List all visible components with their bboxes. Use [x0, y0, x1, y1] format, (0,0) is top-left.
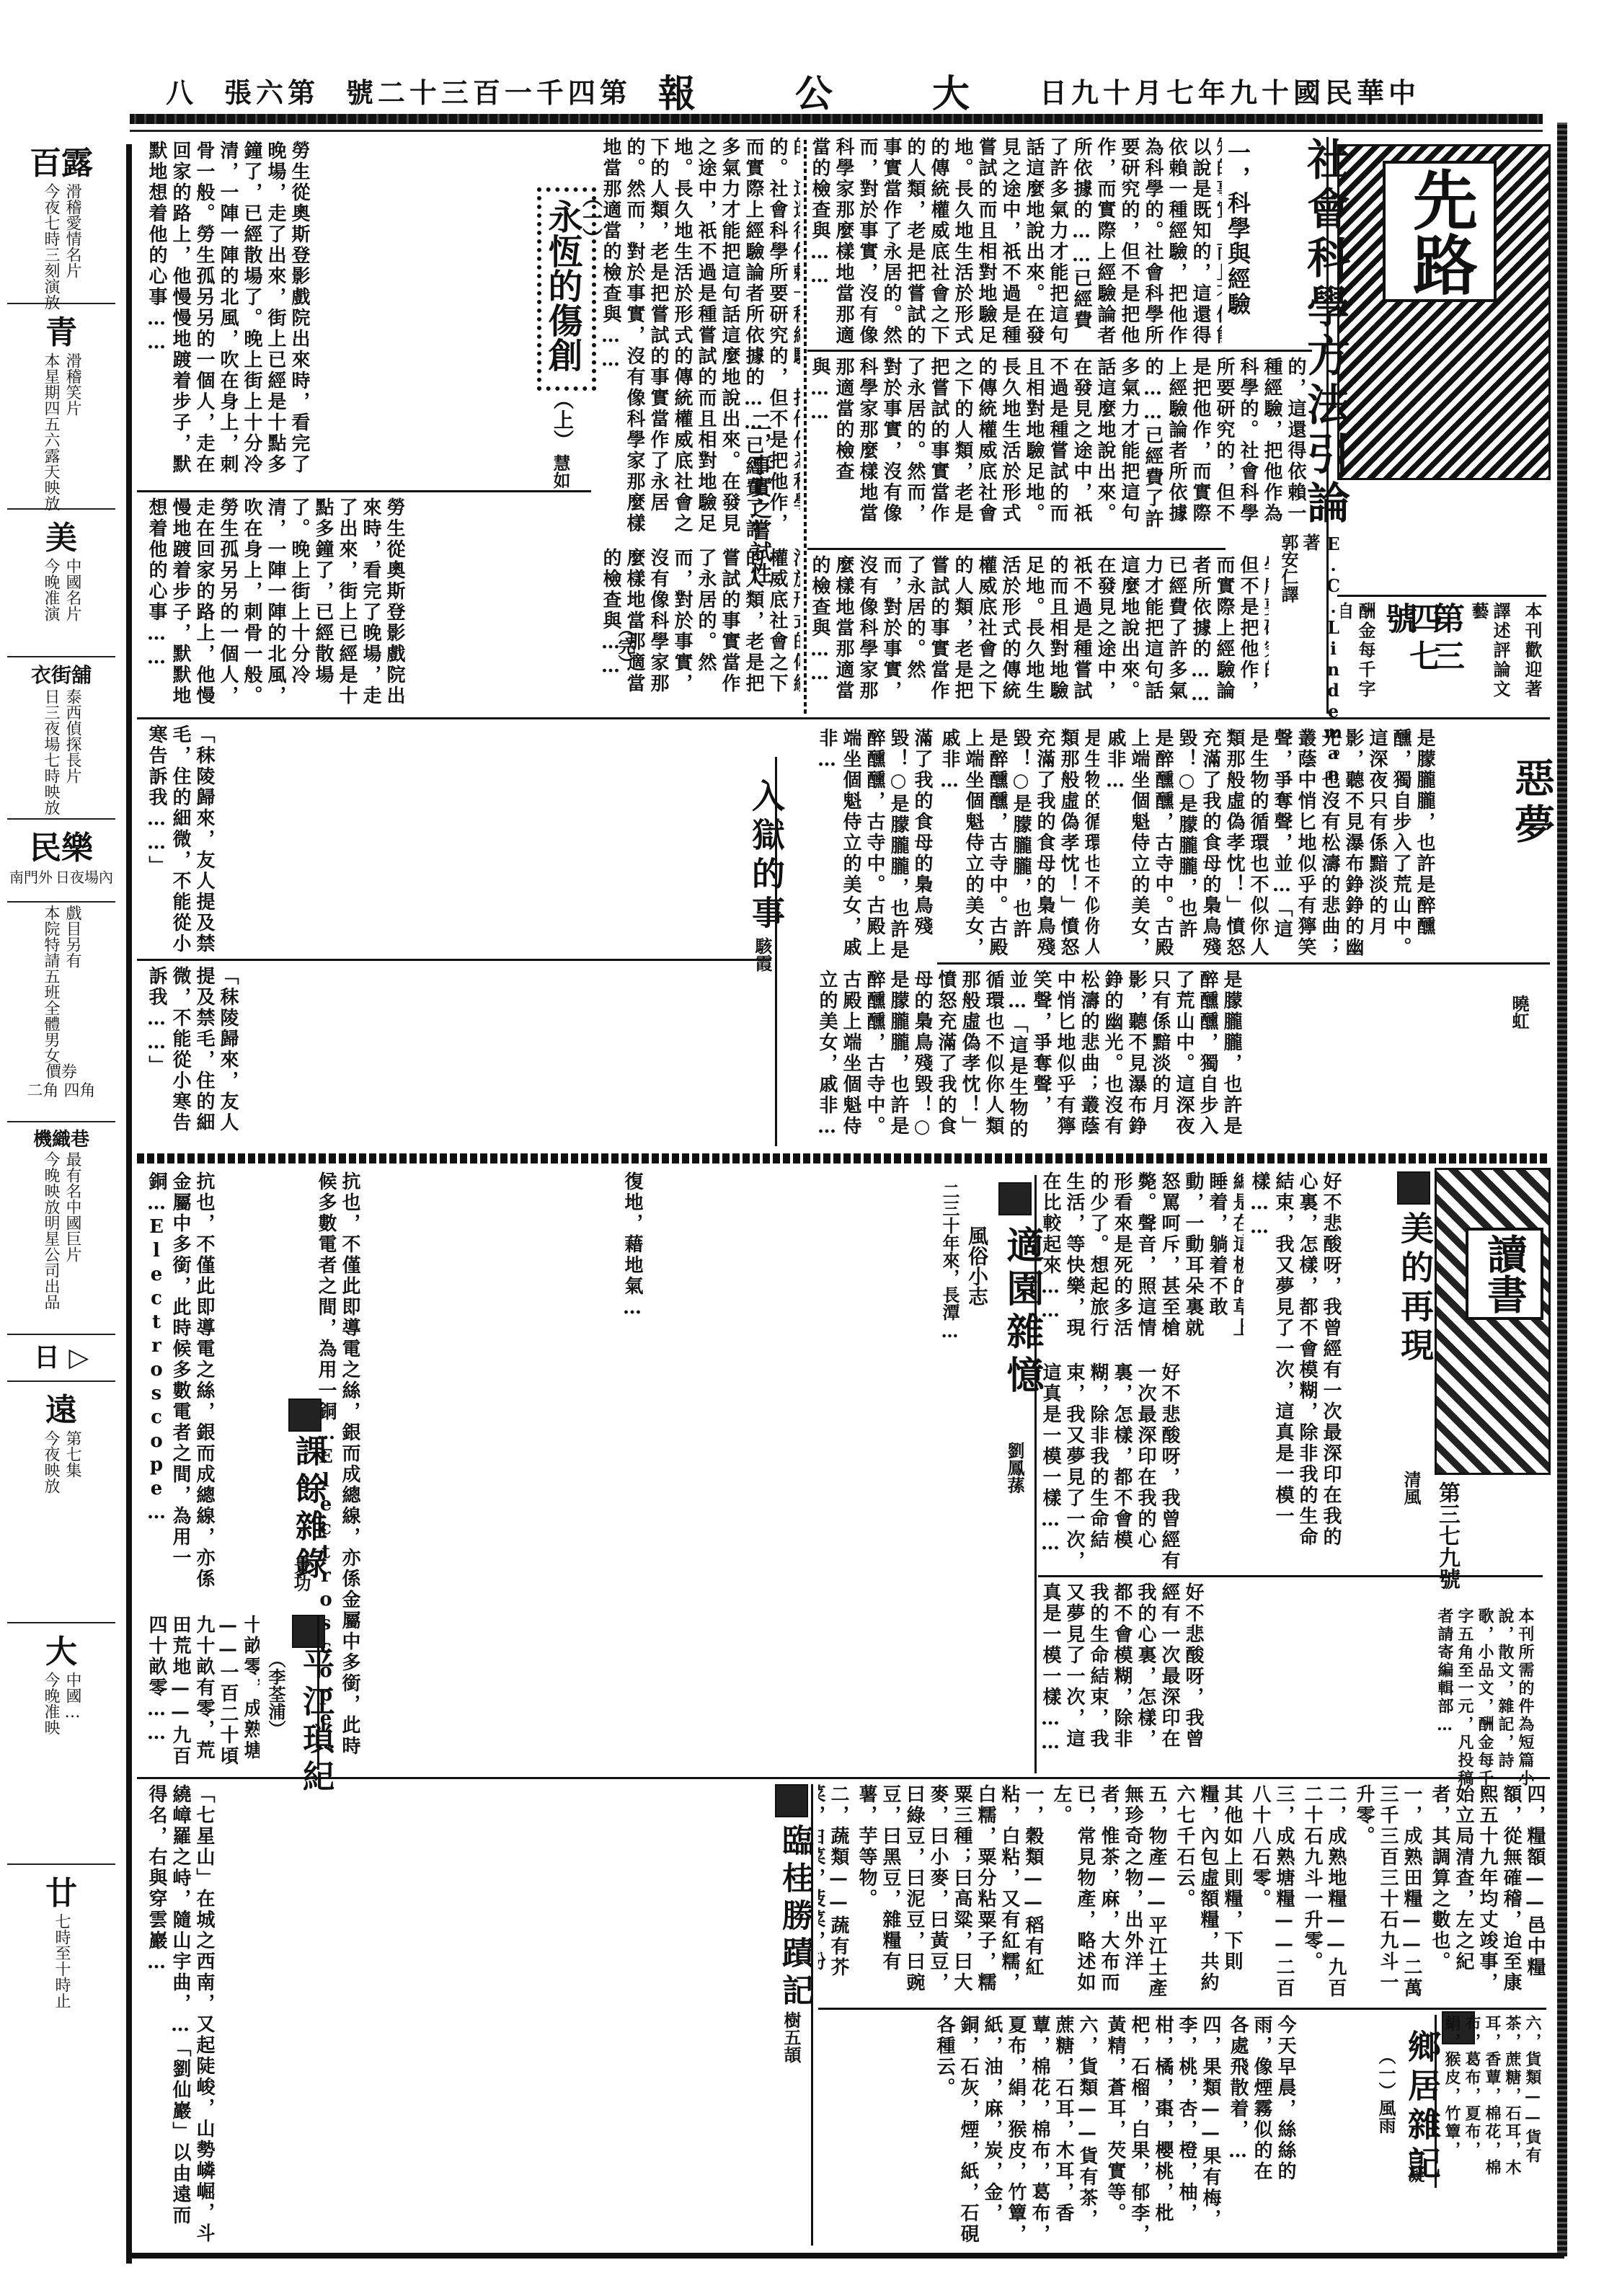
article-body-folk-notes: 復地，藉地氣…	[620, 1171, 923, 1770]
article-body-village: 今天早晨，絲絲的雨，像煙霧似的在各處飛散着，…	[1226, 2015, 1370, 2188]
section-rule	[137, 717, 1550, 719]
divider	[1038, 1575, 1543, 1577]
article-body-social-science-2: 所謂「純粹」科學與應用科學，理論科學與實際科學，這中間的種種差別，都是含混不清的…	[807, 357, 1312, 544]
article-body-electroscope: 抗也，不僅此即導電之絲，銀而成總線，亦係金屬中多銜，此時候多數電者之間，為用一銅…	[314, 1171, 616, 1770]
list-item: 一，穀類——稻有紅粘，白粘，又有紅糯，白糯，粟分粘粟子，糯粟三種；曰高粱，曰大麥…	[854, 1784, 1045, 2000]
article-text: 「秣陵歸來，友人提及禁毛，住的細微，不能從小寒告訴我……」	[144, 724, 216, 955]
headline-folk-notes: 風俗小志	[962, 1225, 991, 1306]
cartoon-caption: 讀書	[1466, 1228, 1543, 1320]
masthead-rule	[130, 114, 1543, 124]
page-border-left	[126, 144, 132, 2264]
article-body-pingjiang: 三，畝額——邑之畝額，在未經清丈之先，無由統計，前十九年間，曾弓丈，茲錄成熟田—…	[144, 1615, 260, 1770]
notice-line: 譯述評論文藝	[1468, 602, 1511, 710]
divider	[818, 2008, 1546, 2010]
article-text: 是朦朧朧，也許是醉醺醺，獨自步入了荒山中。這深夜只有係黯淡的月影，聽不見瀑布錚錚…	[815, 970, 1243, 1150]
page-border-right	[1557, 123, 1567, 2256]
list-item: 二，成熟地糧——九百二十石九斗一升零。	[1300, 1784, 1347, 2000]
author-byline: 慧如	[548, 454, 573, 489]
article-text: 所謂「純粹」科學與應用科學，理論科學與實際科學，這中間的種種差別，都是含混不清的…	[807, 555, 1269, 714]
article-text: 三，畝額——邑之畝額，在未經清丈之先，無由統計，前十九年間，曾弓丈，茲錄成熟田—…	[144, 1615, 260, 1770]
section-1-title: 一，科學與經驗	[1226, 141, 1249, 350]
cinema-ads-column: 百露 今夜七時三刻演放 滑稽愛情名片 青 本星期四五六露天映放 滑稽笑片 美 今…	[0, 123, 123, 2256]
article-body-beauty-return-2: 好不悲酸呀，我曾經有一次最深印在我的心裏，怎樣，都不會模糊，除非我的生命結束，我…	[1038, 1362, 1244, 1572]
ad-line: 今夜映放	[41, 1430, 60, 1494]
ad-yuan: 遠 今夜映放 第七集	[7, 1384, 115, 1623]
article-body-misc-notes: 抗也，不僅此即導電之絲，銀而成總線，亦係金屬中多銜，此時候多數電者之間，為用一銅…	[144, 1171, 281, 1604]
article-body-linggui: 「七星山」在城之西南，又起陡峻，山勢嶙崛，斗繞嶂羅之峙，隨山宇曲，…「劉仙巖」以…	[144, 1784, 764, 2246]
ad-name: 廿	[7, 1867, 115, 1913]
ad-line: 日三夜場七時映放	[41, 688, 60, 815]
ad-line: 七時至十時止	[52, 1913, 71, 2008]
ad-line: 本星期四五六露天映放	[41, 353, 60, 511]
products-list: 四，糧額——邑中糧額，從無確稽，迨至康熙五十九年均丈竣事，始立局清查，左之紀者，…	[818, 1784, 1546, 2000]
author-byline: 樹五頡	[779, 2011, 804, 2063]
notice-line: 本刊歡迎著	[1521, 602, 1543, 710]
divider	[137, 959, 771, 961]
cartoon-notice: 本刊所需的件為短篇小說，散文，雜記，詩歌，小品文，酬金每千字五角至一元，凡投稿者…	[1435, 1608, 1543, 1788]
divider	[1337, 595, 1546, 597]
ad-line: 日夜場內	[56, 868, 113, 887]
article-text: 好不悲酸呀，我曾經有一次最深印在我的心裏，怎樣，都不會模糊，除非我的生命結束，我…	[1247, 1171, 1342, 1568]
article-body-nightmare-1: 是朦朧朧，也許是醉醺醺，獨自步入了荒山中。這深夜只有係黯淡的月影，聽不見瀑布錚錚…	[1103, 728, 1492, 959]
ad-name: 民樂	[7, 822, 115, 868]
list-item: 其他如上則糧，下則糧，內包虛額糧，共約六七千石云。	[1172, 1784, 1244, 2000]
newspaper-title: 報 公 大	[658, 63, 1013, 118]
divider	[807, 548, 1226, 550]
article-text: 是朦朧朧，也許是醉醺醺，獨自步入了荒山中。這深夜只有係黯淡的月影，聽不見瀑布錚錚…	[937, 728, 1099, 959]
ad-line: 南門外	[9, 868, 53, 887]
author-byline: 白凝	[1402, 2148, 1427, 2183]
section-number: （一）風雨	[1373, 2047, 1399, 2134]
ad-name: 百露	[7, 137, 115, 183]
section-stamp-icon	[775, 1784, 808, 1817]
article-body-nightmare-2: 是朦朧朧，也許是醉醺醺，獨自步入了荒山中。這深夜只有係黯淡的月影，聽不見瀑布錚錚…	[937, 728, 1099, 959]
article-body-nightmare-4: 是朦朧朧，也許是醉醺醺，獨自步入了荒山中。這深夜只有係黯淡的月影，聽不見瀑布錚錚…	[815, 728, 934, 966]
translator-byline: 郭安仁譯	[1276, 533, 1301, 714]
list-item: 五，物產——平江土產無珍奇之物，出外洋者，惟茶，麻，大布而已，常見物產，略述如左…	[1049, 1784, 1168, 2000]
headline-prison: 入獄的事	[743, 779, 790, 934]
article-body-shiyuan: 有無數的惡鬼圍繞着，一見就會碰着似的。一晚到早，總是在這板的草上睡着，躺着不敢動…	[1038, 1171, 1244, 1359]
ad-qing: 青 本星期四五六露天映放 滑稽笑片	[7, 306, 115, 510]
ad-ri: 日 ▷	[7, 1337, 115, 1382]
article-text: 好不悲酸呀，我曾經有一次最深印在我的心裏，怎樣，都不會模糊，除非我的生命結束，我…	[1038, 1582, 1205, 1770]
divider	[807, 350, 1312, 352]
ad-name: 衣街舖	[7, 660, 115, 688]
article-text: 「秣陵歸來，友人提及禁毛，住的細微，不能從小寒告訴我……」	[144, 966, 239, 1146]
article-text: 是朦朧朧，也許是醉醺醺，獨自步入了荒山中。這深夜只有係黯淡的月影，聽不見瀑布錚錚…	[815, 728, 934, 966]
ad-line: 中國名片	[63, 558, 81, 621]
article-body-beauty-return-1: 好不悲酸呀，我曾經有一次最深印在我的心裏，怎樣，都不會模糊，除非我的生命結束，我…	[1247, 1171, 1384, 1568]
article-text: 是朦朧朧，也許是醉醺醺，獨自步入了荒山中。這深夜只有係黯淡的月影，聽不見瀑布錚錚…	[1103, 728, 1436, 959]
section-stamp-icon	[1397, 1171, 1430, 1205]
supplement-notice: 本刊歡迎著 譯述評論文藝 第三四七號 酬金每千字自 五角至二元	[1341, 602, 1543, 710]
part-label: （上）	[548, 389, 577, 450]
article-text: 今天早晨，絲絲的雨，像煙霧似的在各處飛散着，…	[1226, 2015, 1297, 2188]
section-stamp-icon	[288, 1399, 322, 1432]
section-heading: 一，科學與經驗	[1226, 141, 1287, 350]
article-text: 有無數的惡鬼圍繞着，一見就會碰着似的。一晚到早，總是在這板的草上睡着，躺着不敢動…	[1038, 1171, 1244, 1359]
section-rule	[137, 1777, 1550, 1779]
cartoon-issue-label: 第三七九號	[1431, 1481, 1463, 1590]
cartoon-woodcut: 讀書	[1435, 1168, 1551, 1475]
notice-text: 本刊所需的件為短篇小說，散文，雜記，詩歌，小品文，酬金每千字五角至一元，凡投稿者…	[1435, 1608, 1535, 1788]
ad-line: 戲目另有	[63, 905, 81, 1063]
issue-number: 號二十三百一千四第	[346, 71, 631, 110]
column-divider	[1435, 2015, 1437, 2188]
list-item: 六，貨類——貨有茶，蔗糖，石耳，木耳，香蕈，棉花，棉布，葛布，夏布，絹，猴皮，竹…	[932, 2015, 1099, 2246]
ad-name: 遠	[7, 1384, 115, 1430]
headline-beauty-return: 美的再現	[1391, 1211, 1439, 1367]
ad-name: 日	[34, 1342, 60, 1373]
article-text: 所謂「純粹」科學與應用科學，理論科學與實際科學，這中間的種種差別，都是含混不清的…	[807, 357, 1312, 544]
ad-minle-prices: 本院特請五班全體男女 戲目另有 價券 二角 四角	[7, 905, 115, 1122]
triangle-icon: ▷	[68, 1342, 89, 1373]
wavy-divider	[804, 137, 807, 714]
list-item: 四，果類——果有梅，李，桃，杏，橙，柚，柑，橘，棗，櫻桃，枇杷，石榴，白果，郁李…	[1103, 2015, 1222, 2246]
divider	[137, 490, 591, 492]
ad-mei: 美 今晚准演 中國名片	[7, 512, 115, 657]
list-item: 三，成熟塘糧——二百八十八石零。	[1248, 1784, 1295, 2000]
supplement-banner-woodcut: 先路	[1337, 144, 1551, 480]
ad-line: 最有名中國巨片	[63, 1151, 81, 1310]
ad-name: 青	[7, 306, 115, 353]
divider	[937, 962, 1550, 965]
article-body-social-science-1: 所謂「純粹」科學與應用科學，理論科學與實際科學，這中間的種種差別，都是含混不清的…	[807, 137, 1222, 346]
article-body-beauty-return-3: 好不悲酸呀，我曾經有一次最深印在我的心裏，怎樣，都不會模糊，除非我的生命結束，我…	[1038, 1582, 1427, 1770]
article-body-social-science-3: 所謂「純粹」科學與應用科學，理論科學與實際科學，這中間的種種差別，都是含混不清的…	[807, 555, 1269, 714]
publication-date: 日九十月七年九十國民華中	[1040, 71, 1420, 110]
ad-line: 今夜七時三刻演放	[41, 183, 60, 310]
ad-name: 機織巷	[7, 1125, 115, 1151]
page-number: 八	[166, 71, 198, 110]
ad-line: 滑稽愛情名片	[63, 183, 81, 310]
column-divider	[1034, 1175, 1037, 1773]
masthead-rule-thin	[130, 130, 1543, 132]
issue-label: 第三四七號	[1386, 602, 1458, 710]
sheet-number: 張六第	[224, 71, 319, 110]
section-number: （一）	[577, 187, 606, 248]
list-item: 二，蔬類——蔬有芥菜，白菜，菠菜，粉菜，芹菜，黃花，椿，蔥，韮，百合，莧菜，南筍…	[818, 1784, 850, 2000]
ad-minle: 民樂 南門外 日夜場內	[7, 822, 115, 903]
ad-name: 美	[7, 512, 115, 558]
author-byline: （李荃浦）	[263, 1651, 288, 1737]
article-text: 所謂「純粹」科學與應用科學，理論科學與實際科學，這中間的種種差別，都是含混不清的…	[807, 137, 1222, 346]
list-item: 六，貨類——貨有茶，蔗糖，石耳，木耳，香蕈，棉花，棉布，葛布，夏布，絹，猴皮，竹…	[1442, 2015, 1543, 2188]
products-list-goods: 六，貨類——貨有茶，蔗糖，石耳，木耳，香蕈，棉花，棉布，葛布，夏布，絹，猴皮，竹…	[1442, 2015, 1543, 2188]
ad-line: 中國…	[63, 1672, 81, 1735]
folk-notes-subtitle: 二三十年來，長潭…	[937, 1182, 962, 1342]
list-item: 一，成熟田糧——二萬三千三百三十石九斗一升零。	[1352, 1784, 1423, 2000]
article-body-nightmare-3: 是朦朧朧，也許是醉醺醺，獨自步入了荒山中。這深夜只有係黯淡的月影，聽不見瀑布錚錚…	[815, 970, 1550, 1150]
ornamental-rule	[137, 1153, 1550, 1163]
author-byline: E.C.Lindeman著	[1298, 533, 1344, 714]
article-body-eternal-wound-1: 勞生從奧斯登影戲院出來時，看完了晚場，走了出來，街上已經是十點多鐘了，已經散場了…	[144, 141, 533, 487]
article-text: 「七星山」在城之西南，又起陡峻，山勢嶙崛，斗繞嶂羅之峙，隨山宇曲，…「劉仙巖」以…	[144, 1784, 216, 2246]
ad-nian: 廿 七時至十時止	[7, 1867, 115, 2199]
column-divider	[811, 1784, 813, 2246]
author-byline: 劉鳳蓀	[1002, 1442, 1027, 1494]
ad-name: 大	[7, 1626, 115, 1672]
products-list-continued: 四，果類——果有梅，李，桃，杏，橙，柚，柑，橘，棗，櫻桃，枇杷，石榴，白果，郁李…	[818, 2015, 1222, 2246]
ad-price: 二角 四角	[27, 1082, 96, 1101]
column-divider	[317, 1615, 319, 1770]
article-text: 勞生從奧斯登影戲院出來時，看完了晚場，走了出來，街上已經是十點多鐘了，已經散場了…	[144, 497, 406, 714]
ad-da: 大 今晚准映 中國…	[7, 1626, 115, 1865]
section-stamp-icon	[292, 1615, 325, 1648]
masthead: 八 張六第 號二十三百一千四第 報 公 大 日九十月七年九十國民華中	[166, 68, 1420, 112]
article-text: 復地，藉地氣…	[620, 1171, 644, 1770]
supplement-title: 先路	[1383, 161, 1497, 302]
ad-line: 今晚准演	[41, 558, 60, 621]
ad-line: 本院特請五班全體男女	[41, 905, 60, 1063]
author-byline: 清風	[1399, 1471, 1424, 1505]
headline-nightmare: 惡夢	[1503, 757, 1561, 849]
section-stamp-icon	[998, 1182, 1032, 1215]
article-body-eternal-wound-2: 勞生從奧斯登影戲院出來時，看完了晚場，走了出來，街上已經是十點多鐘了，已經散場了…	[144, 497, 735, 714]
ad-line: 泰西偵探長片	[63, 688, 81, 815]
ad-line: 價券	[45, 1063, 77, 1082]
ad-yijiepu: 衣街舖 日三夜場七時映放 泰西偵探長片	[7, 660, 115, 820]
ad-line: 第七集	[63, 1430, 81, 1494]
article-body-prison-1: 「秣陵歸來，友人提及禁毛，住的細微，不能從小寒告訴我……」	[144, 724, 735, 955]
article-body-prison-2: 「秣陵歸來，友人提及禁毛，住的細微，不能從小寒告訴我……」	[144, 966, 771, 1146]
headline-pingjiang: 平江瑣紀	[292, 1647, 338, 1797]
ad-line: 今晚准映	[41, 1672, 60, 1735]
author-byline: 景功	[288, 1557, 314, 1592]
article-text: 抗也，不僅此即導電之絲，銀而成總線，亦係金屬中多銜，此時候多數電者之間，為用一銅…	[144, 1171, 216, 1604]
ad-line: 滑稽笑片	[63, 353, 81, 511]
article-text: 好不悲酸呀，我曾經有一次最深印在我的心裏，怎樣，都不會模糊，除非我的生命結束，我…	[1038, 1362, 1181, 1572]
article-text: 勞生從奧斯登影戲院出來時，看完了晚場，走了出來，街上已經是十點多鐘了，已經散場了…	[144, 141, 311, 487]
page-border-bottom	[130, 2253, 1564, 2259]
ad-line: 今晚映放明星公司出品	[41, 1151, 60, 1310]
ad-jizhixiang: 機織巷 今晚映放明星公司出品 最有名中國巨片	[7, 1125, 115, 1335]
list-item: 四，糧額——邑中糧額，從無確稽，迨至康熙五十九年均丈竣事，始立局清查，左之紀者，…	[1427, 1784, 1546, 2000]
ad-bailu: 百露 今夜七時三刻演放 滑稽愛情名片	[7, 137, 115, 304]
